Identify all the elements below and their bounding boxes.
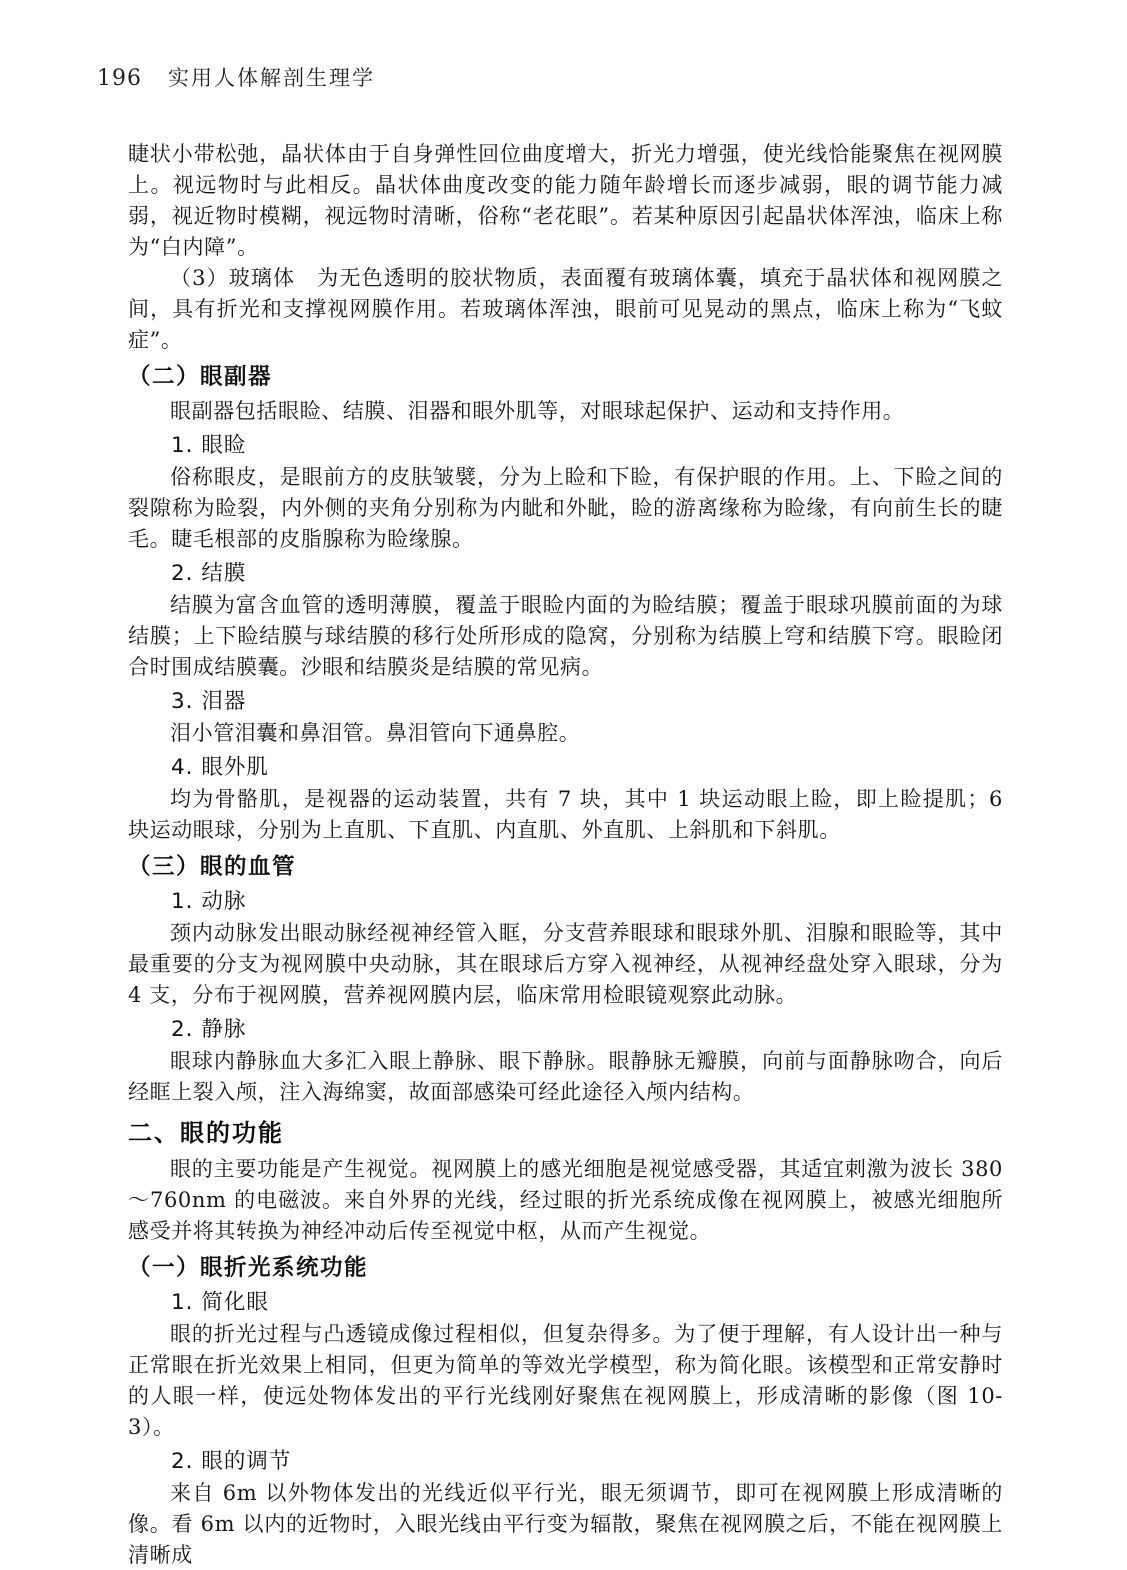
numbered-heading: 4. 眼外肌 — [128, 752, 1003, 783]
paragraph: 俗称眼皮，是眼前方的皮肤皱襞，分为上睑和下睑，有保护眼的作用。上、下睑之间的裂隙… — [128, 462, 1003, 555]
numbered-heading: 3. 泪器 — [128, 686, 1003, 717]
numbered-heading: 1. 动脉 — [128, 886, 1003, 917]
section-heading: （二）眼副器 — [128, 362, 1003, 393]
paragraph: 睫状小带松弛，晶状体由于自身弹性回位曲度增大，折光力增强，使光线恰能聚焦在视网膜… — [128, 139, 1003, 263]
chapter-heading: 二、眼的功能 — [128, 1117, 1003, 1149]
paragraph: 来自 6m 以外物体发出的光线近似平行光，眼无须调节，即可在视网膜上形成清晰的像… — [128, 1478, 1003, 1570]
section-heading: （三）眼的血管 — [128, 852, 1003, 883]
paragraph: 眼副器包括眼睑、结膜、泪器和眼外肌等，对眼球起保护、运动和支持作用。 — [128, 396, 1003, 427]
numbered-heading: 2. 眼的调节 — [128, 1446, 1003, 1477]
content: 睫状小带松弛，晶状体由于自身弹性回位曲度增大，折光力增强，使光线恰能聚焦在视网膜… — [128, 139, 1003, 1570]
book-title: 实用人体解剖生理学 — [168, 62, 375, 92]
paragraph: 结膜为富含血管的透明薄膜，覆盖于眼睑内面的为睑结膜；覆盖于眼球巩膜前面的为球结膜… — [128, 590, 1003, 683]
section-heading: （一）眼折光系统功能 — [128, 1253, 1003, 1284]
paragraph: 泪小管泪囊和鼻泪管。鼻泪管向下通鼻腔。 — [128, 718, 1003, 749]
paragraph: 眼的折光过程与凸透镜成像过程相似，但复杂得多。为了便于理解，有人设计出一种与正常… — [128, 1319, 1003, 1443]
paragraph: （3）玻璃体 为无色透明的胶状物质，表面覆有玻璃体囊，填充于晶状体和视网膜之间，… — [128, 263, 1003, 356]
paragraph: 均为骨骼肌，是视器的运动装置，共有 7 块，其中 1 块运动眼上睑，即上睑提肌；… — [128, 784, 1003, 846]
paragraph: 眼球内静脉血大多汇入眼上静脉、眼下静脉。眼静脉无瓣膜，向前与面静脉吻合，向后经眶… — [128, 1046, 1003, 1108]
numbered-heading: 1. 眼睑 — [128, 430, 1003, 461]
numbered-heading: 2. 结膜 — [128, 558, 1003, 589]
paragraph: 颈内动脉发出眼动脉经视神经管入眶，分支营养眼球和眼球外肌、泪腺和眼睑等，其中最重… — [128, 918, 1003, 1011]
paragraph: 眼的主要功能是产生视觉。视网膜上的感光细胞是视觉感受器，其适宜刺激为波长 380… — [128, 1154, 1003, 1247]
numbered-heading: 1. 简化眼 — [128, 1287, 1003, 1318]
textbook-page: 196 实用人体解剖生理学 睫状小带松弛，晶状体由于自身弹性回位曲度增大，折光力… — [0, 0, 1127, 1570]
page-number: 196 — [97, 66, 142, 91]
page-header: 196 实用人体解剖生理学 — [97, 62, 375, 92]
numbered-heading: 2. 静脉 — [128, 1014, 1003, 1045]
